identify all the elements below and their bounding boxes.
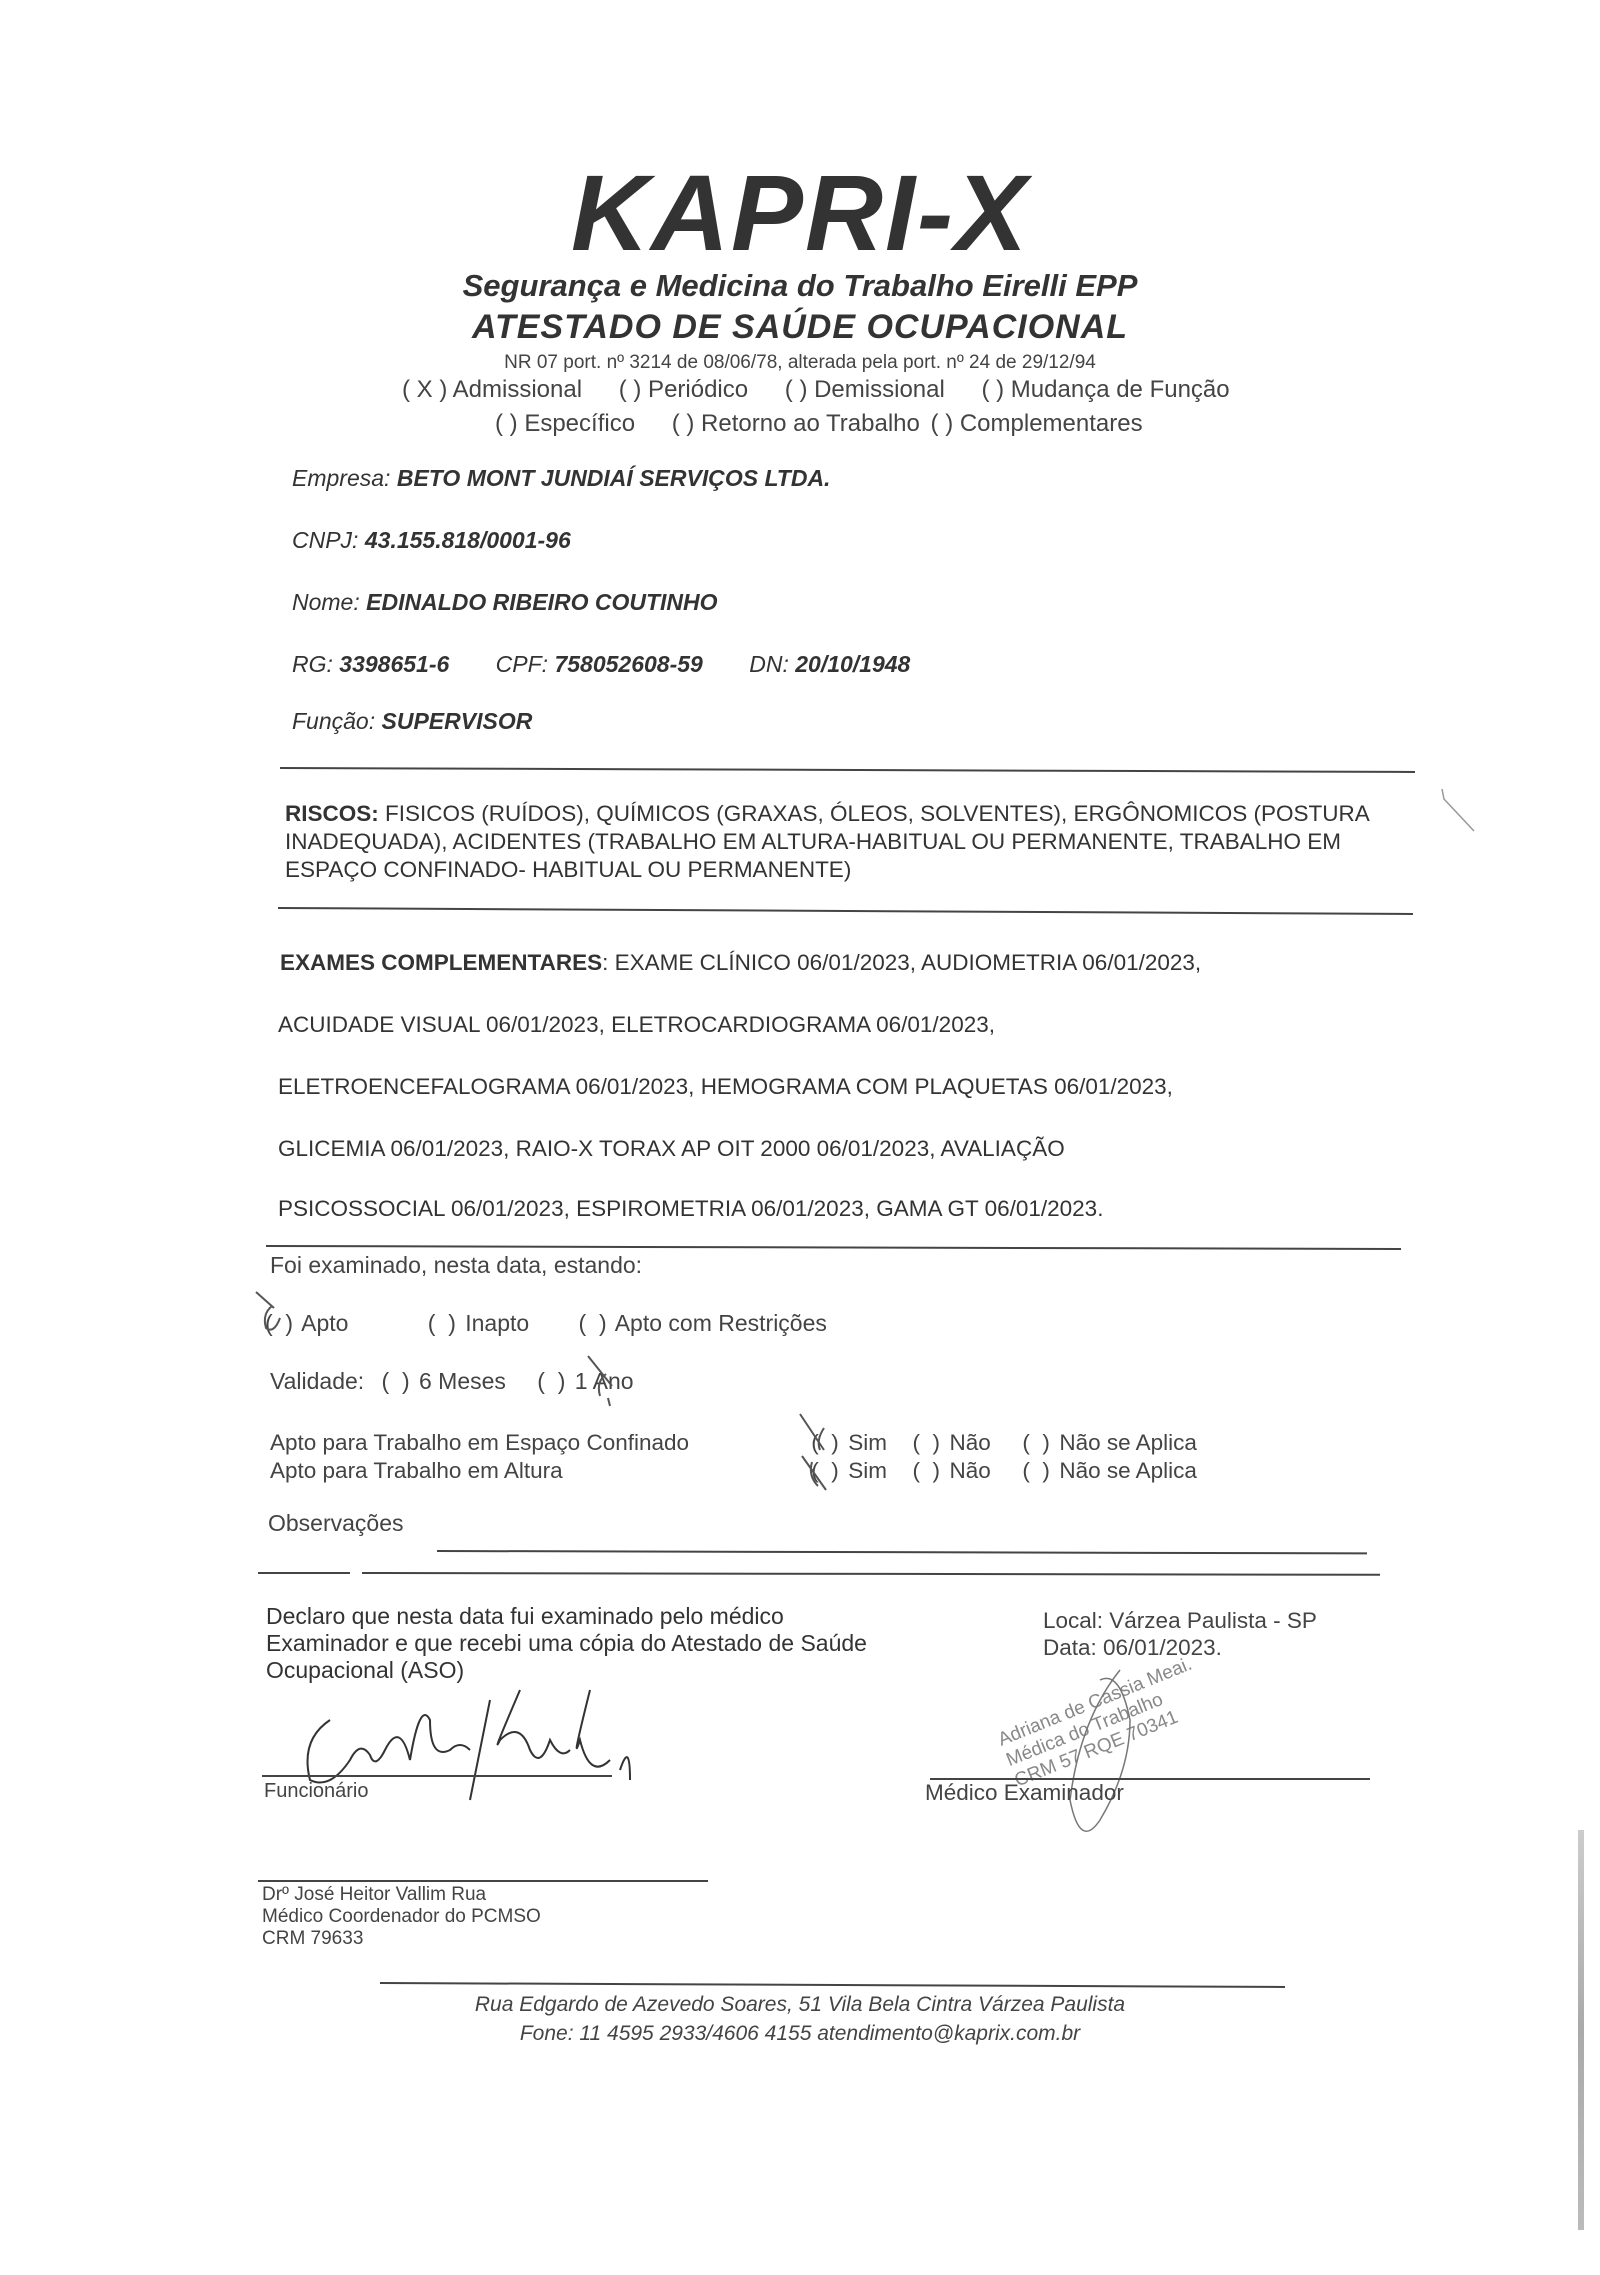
employee-signature-line: [262, 1775, 612, 1777]
exams-line-3: ELETROENCEFALOGRAMA 06/01/2023, HEMOGRAM…: [278, 1074, 1173, 1100]
empresa-label: Empresa:: [292, 465, 390, 491]
confinado-nao-label: Não: [950, 1430, 991, 1455]
company-subtitle: Segurança e Medicina do Trabalho Eirelli…: [0, 268, 1600, 304]
exam-type-periodico[interactable]: ( ) Periódico: [619, 376, 748, 403]
exam-type-retorno[interactable]: ( ) Retorno ao Trabalho: [672, 410, 920, 437]
dn-value: 20/10/1948: [795, 651, 910, 677]
coordinator-signature-line: [258, 1880, 708, 1882]
confinado-options: ( ) Sim ( ) Não ( ) Não se Aplica: [808, 1430, 1197, 1456]
result-intro: Foi examinado, nesta data, estando:: [270, 1252, 642, 1279]
risks-text: FISICOS (RUÍDOS), QUÍMICOS (GRAXAS, ÓLEO…: [285, 801, 1368, 882]
medico-examinador-label: Médico Examinador: [925, 1780, 1124, 1806]
scan-mark: [1438, 785, 1478, 845]
cpf-value: 758052608-59: [554, 651, 702, 677]
altura-row: Apto para Trabalho em Altura: [270, 1458, 563, 1484]
exams-line-4: GLICEMIA 06/01/2023, RAIO-X TORAX AP OIT…: [278, 1136, 1065, 1162]
rg-value: 3398651-6: [339, 651, 449, 677]
exams-line-5: PSICOSSOCIAL 06/01/2023, ESPIROMETRIA 06…: [278, 1196, 1103, 1222]
funcionario-label: Funcionário: [264, 1780, 369, 1802]
altura-nao-checkbox[interactable]: ( ): [909, 1458, 943, 1484]
exams-text: : EXAME CLÍNICO 06/01/2023, AUDIOMETRIA …: [602, 950, 1201, 975]
apto-label: Apto: [301, 1310, 348, 1336]
altura-nao-label: Não: [950, 1458, 991, 1483]
coordinator-role: Médico Coordenador do PCMSO: [262, 1906, 541, 1928]
dn-label: DN:: [749, 651, 789, 677]
nome-value: EDINALDO RIBEIRO COUTINHO: [366, 589, 717, 615]
validade-row: Validade: ( ) 6 Meses ( ) 1 Ano: [270, 1368, 634, 1395]
apto-restricoes-label: Apto com Restrições: [615, 1310, 827, 1336]
um-ano-checkbox[interactable]: ( ): [534, 1368, 568, 1395]
rg-label: RG:: [292, 651, 333, 677]
observacoes-input-line[interactable]: [258, 1572, 350, 1574]
divider-line: [278, 907, 1413, 915]
validade-label: Validade:: [270, 1368, 364, 1394]
aptitude-row: ( ) Apto ( ) Inapto ( ) Apto com Restriç…: [262, 1310, 827, 1337]
seis-meses-label: 6 Meses: [419, 1368, 506, 1394]
exams-line-2: ACUIDADE VISUAL 06/01/2023, ELETROCARDIO…: [278, 1012, 995, 1038]
scan-edge: [1578, 1830, 1584, 2230]
exam-type-row-2: ( ) Específico ( ) Retorno ao Trabalho (…: [495, 410, 1173, 438]
inapto-checkbox[interactable]: ( ): [425, 1310, 459, 1337]
confinado-sim-label: Sim: [848, 1430, 887, 1455]
coordinator-crm: CRM 79633: [262, 1928, 363, 1950]
exam-type-demissional[interactable]: ( ) Demissional: [785, 376, 945, 403]
seis-meses-checkbox[interactable]: ( ): [379, 1368, 413, 1395]
altura-na-label: Não se Aplica: [1059, 1458, 1197, 1483]
empresa-value: BETO MONT JUNDIAÍ SERVIÇOS LTDA.: [397, 465, 831, 491]
exam-type-mudanca-funcao[interactable]: ( ) Mudança de Função: [981, 376, 1229, 403]
observacoes-label: Observações: [268, 1510, 404, 1537]
regulation-text: NR 07 port. nº 3214 de 08/06/78, alterad…: [0, 352, 1600, 374]
handwritten-check-icon: [796, 1410, 846, 1500]
confinado-na-label: Não se Aplica: [1059, 1430, 1197, 1455]
company-logo: KAPRI-X: [0, 150, 1600, 275]
footer-divider: [380, 1982, 1285, 1988]
inapto-label: Inapto: [465, 1310, 529, 1336]
cpf-label: CPF:: [496, 651, 548, 677]
exam-type-row-1: ( X ) Admissional ( ) Periódico ( ) Demi…: [402, 376, 1260, 404]
observacoes-input-line[interactable]: [437, 1550, 1367, 1554]
cnpj-value: 43.155.818/0001-96: [365, 527, 571, 553]
ids-field: RG: 3398651-6 CPF: 758052608-59 DN: 20/1…: [292, 651, 910, 678]
confinado-row: Apto para Trabalho em Espaço Confinado: [270, 1430, 810, 1456]
cnpj-label: CNPJ:: [292, 527, 358, 553]
confinado-label: Apto para Trabalho em Espaço Confinado: [270, 1430, 810, 1456]
altura-label: Apto para Trabalho em Altura: [270, 1458, 563, 1483]
handwritten-check-icon: [252, 1288, 296, 1338]
divider-line: [266, 1245, 1401, 1250]
nome-field: Nome: EDINALDO RIBEIRO COUTINHO: [292, 589, 718, 616]
footer-contact: Fone: 11 4595 2933/4606 4155 atendimento…: [0, 2022, 1600, 2046]
funcao-field: Função: SUPERVISOR: [292, 708, 532, 735]
funcao-value: SUPERVISOR: [382, 708, 533, 734]
risks-section: RISCOS: FISICOS (RUÍDOS), QUÍMICOS (GRAX…: [285, 800, 1395, 884]
altura-na-checkbox[interactable]: ( ): [1019, 1458, 1053, 1484]
doctor-signature: [1060, 1660, 1140, 1870]
exam-type-complementares[interactable]: ( ) Complementares: [931, 410, 1143, 437]
exam-type-admissional[interactable]: ( X ) Admissional: [402, 376, 582, 403]
exams-line-1: EXAMES COMPLEMENTARES: EXAME CLÍNICO 06/…: [280, 950, 1201, 976]
risks-label: RISCOS:: [285, 801, 379, 826]
footer-address: Rua Edgardo de Azevedo Soares, 51 Vila B…: [0, 1993, 1600, 2017]
nome-label: Nome:: [292, 589, 360, 615]
altura-options: ( ) Sim ( ) Não ( ) Não se Aplica: [808, 1458, 1197, 1484]
empresa-field: Empresa: BETO MONT JUNDIAÍ SERVIÇOS LTDA…: [292, 465, 830, 492]
confinado-na-checkbox[interactable]: ( ): [1019, 1430, 1053, 1456]
cnpj-field: CNPJ: 43.155.818/0001-96: [292, 527, 571, 554]
divider-line: [280, 767, 1415, 773]
data-text: Data: 06/01/2023.: [1043, 1635, 1222, 1661]
observacoes-input-line[interactable]: [362, 1572, 1380, 1576]
exam-type-especifico[interactable]: ( ) Específico: [495, 410, 635, 437]
handwritten-check-icon: [582, 1352, 626, 1408]
declaration-text: Declaro que nesta data fui examinado pel…: [266, 1603, 906, 1684]
local-text: Local: Várzea Paulista - SP: [1043, 1608, 1317, 1634]
coordinator-name: Drº José Heitor Vallim Rua: [262, 1884, 486, 1906]
confinado-nao-checkbox[interactable]: ( ): [909, 1430, 943, 1456]
document-title: ATESTADO DE SAÚDE OCUPACIONAL: [0, 308, 1600, 347]
funcao-label: Função:: [292, 708, 375, 734]
apto-restricoes-checkbox[interactable]: ( ): [576, 1310, 610, 1337]
exams-label: EXAMES COMPLEMENTARES: [280, 950, 602, 975]
altura-sim-label: Sim: [848, 1458, 887, 1483]
